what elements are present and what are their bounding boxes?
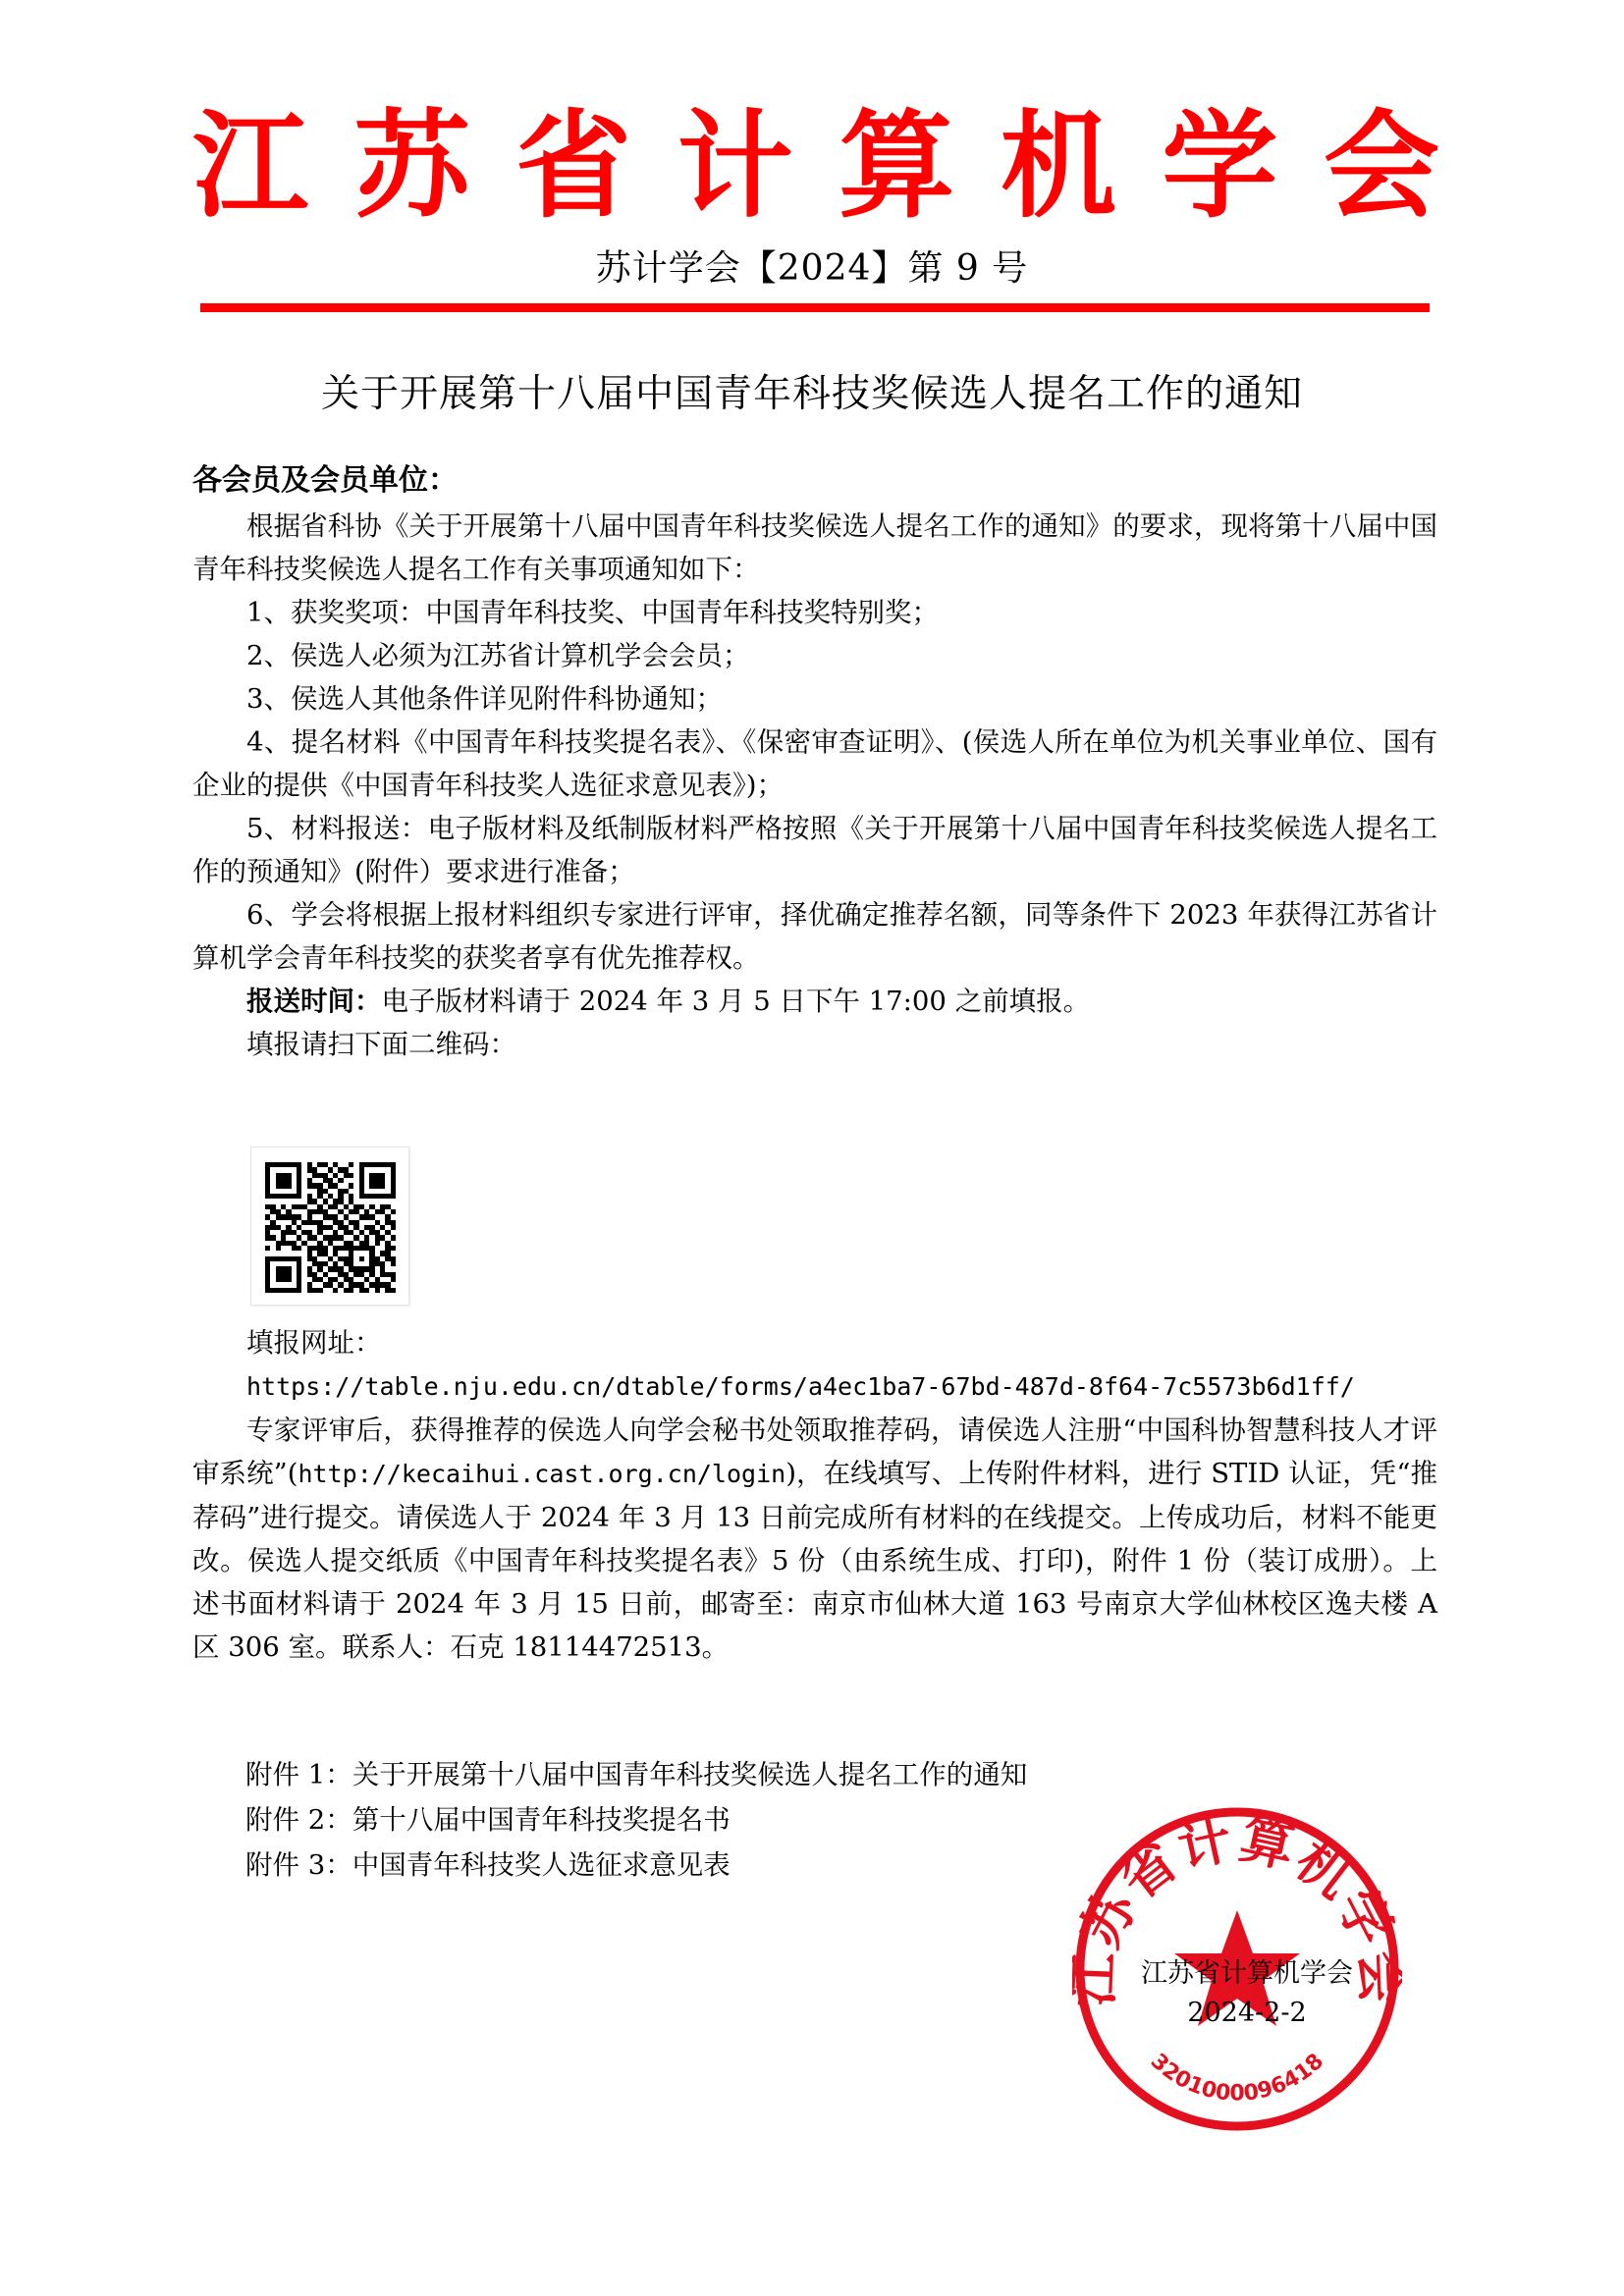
signature-date: 2024-2-2 bbox=[1129, 1994, 1365, 2033]
masthead-char: 会 bbox=[1324, 102, 1439, 230]
masthead-char: 江 bbox=[192, 102, 308, 230]
masthead-char: 苏 bbox=[354, 102, 470, 230]
qr-code-matrix bbox=[265, 1162, 396, 1293]
deadline-paragraph: 报送时间：电子版材料请于 2024 年 3 月 5 日下午 17:00 之前填报… bbox=[192, 980, 1437, 1023]
deadline-text: 电子版材料请于 2024 年 3 月 5 日下午 17:00 之前填报。 bbox=[382, 986, 1091, 1017]
document-number: 苏计学会【2024】第 9 号 bbox=[0, 247, 1624, 291]
list-item-5: 5、材料报送：电子版材料及纸制版材料严格按照《关于开展第十八届中国青年科技奖候选… bbox=[192, 807, 1437, 893]
list-item-2: 2、侯选人必须为江苏省计算机学会会员； bbox=[192, 634, 1437, 677]
submission-url-link[interactable]: https://table.nju.edu.cn/dtable/forms/a4… bbox=[246, 1372, 1355, 1401]
notice-body-bottom: 填报网址： https://table.nju.edu.cn/dtable/fo… bbox=[192, 1321, 1437, 1669]
list-item-6: 6、学会将根据上报材料组织专家进行评审，择优确定推荐名额，同等条件下 2023 … bbox=[192, 893, 1437, 980]
notice-body-top: 根据省科协《关于开展第十八届中国青年科技奖候选人提名工作的通知》的要求，现将第十… bbox=[192, 505, 1437, 1066]
attachment-list: 附件 1：关于开展第十八届中国青年科技奖候选人提名工作的通知 附件 2：第十八届… bbox=[245, 1752, 1027, 1888]
kecaihui-login-link[interactable]: http://kecaihui.cast.org.cn/login bbox=[298, 1460, 785, 1488]
masthead-char: 省 bbox=[515, 102, 631, 230]
url-label: 填报网址： bbox=[192, 1321, 1437, 1364]
qr-prompt: 填报请扫下面二维码： bbox=[192, 1023, 1437, 1066]
intro-paragraph: 根据省科协《关于开展第十八届中国青年科技奖候选人提名工作的通知》的要求，现将第十… bbox=[192, 505, 1437, 591]
masthead-char: 学 bbox=[1162, 102, 1277, 230]
review-text-part2: )，在线填写、上传附件材料，进行 STID 认证，凭“推荐码”进行提交。请侯选人… bbox=[192, 1458, 1437, 1663]
qr-code[interactable] bbox=[250, 1147, 409, 1306]
notice-title: 关于开展第十八届中国青年科技奖候选人提名工作的通知 bbox=[0, 370, 1624, 419]
attachment-item-1: 附件 1：关于开展第十八届中国青年科技奖候选人提名工作的通知 bbox=[245, 1752, 1027, 1797]
masthead-char: 算 bbox=[839, 102, 954, 230]
list-item-3: 3、侯选人其他条件详见附件科协通知； bbox=[192, 677, 1437, 721]
masthead-char: 计 bbox=[677, 102, 793, 230]
review-paragraph: 专家评审后，获得推荐的侯选人向学会秘书处领取推荐码，请侯选人注册“中国科协智慧科… bbox=[192, 1409, 1437, 1669]
red-divider-rule bbox=[200, 303, 1430, 312]
signature-block: 江苏省计算机学会 2024-2-2 bbox=[1129, 1954, 1365, 2033]
attachment-item-2: 附件 2：第十八届中国青年科技奖提名书 bbox=[245, 1797, 1027, 1842]
list-item-4: 4、提名材料《中国青年科技奖提名表》、《保密审查证明》、(侯选人所在单位为机关事… bbox=[192, 721, 1437, 807]
signature-org: 江苏省计算机学会 bbox=[1129, 1954, 1365, 1994]
seal-serial-number: 3201000096418 bbox=[1146, 2049, 1328, 2106]
deadline-label: 报送时间： bbox=[246, 986, 382, 1017]
masthead-char: 机 bbox=[1001, 102, 1116, 230]
url-paragraph: https://table.nju.edu.cn/dtable/forms/a4… bbox=[192, 1364, 1437, 1409]
attachment-item-3: 附件 3：中国青年科技奖人选征求意见表 bbox=[245, 1842, 1027, 1888]
list-item-1: 1、获奖奖项：中国青年科技奖、中国青年科技奖特别奖； bbox=[192, 591, 1437, 634]
masthead-org-name: 江 苏 省 计 算 机 学 会 bbox=[192, 102, 1439, 230]
salutation: 各会员及会员单位： bbox=[192, 461, 458, 501]
